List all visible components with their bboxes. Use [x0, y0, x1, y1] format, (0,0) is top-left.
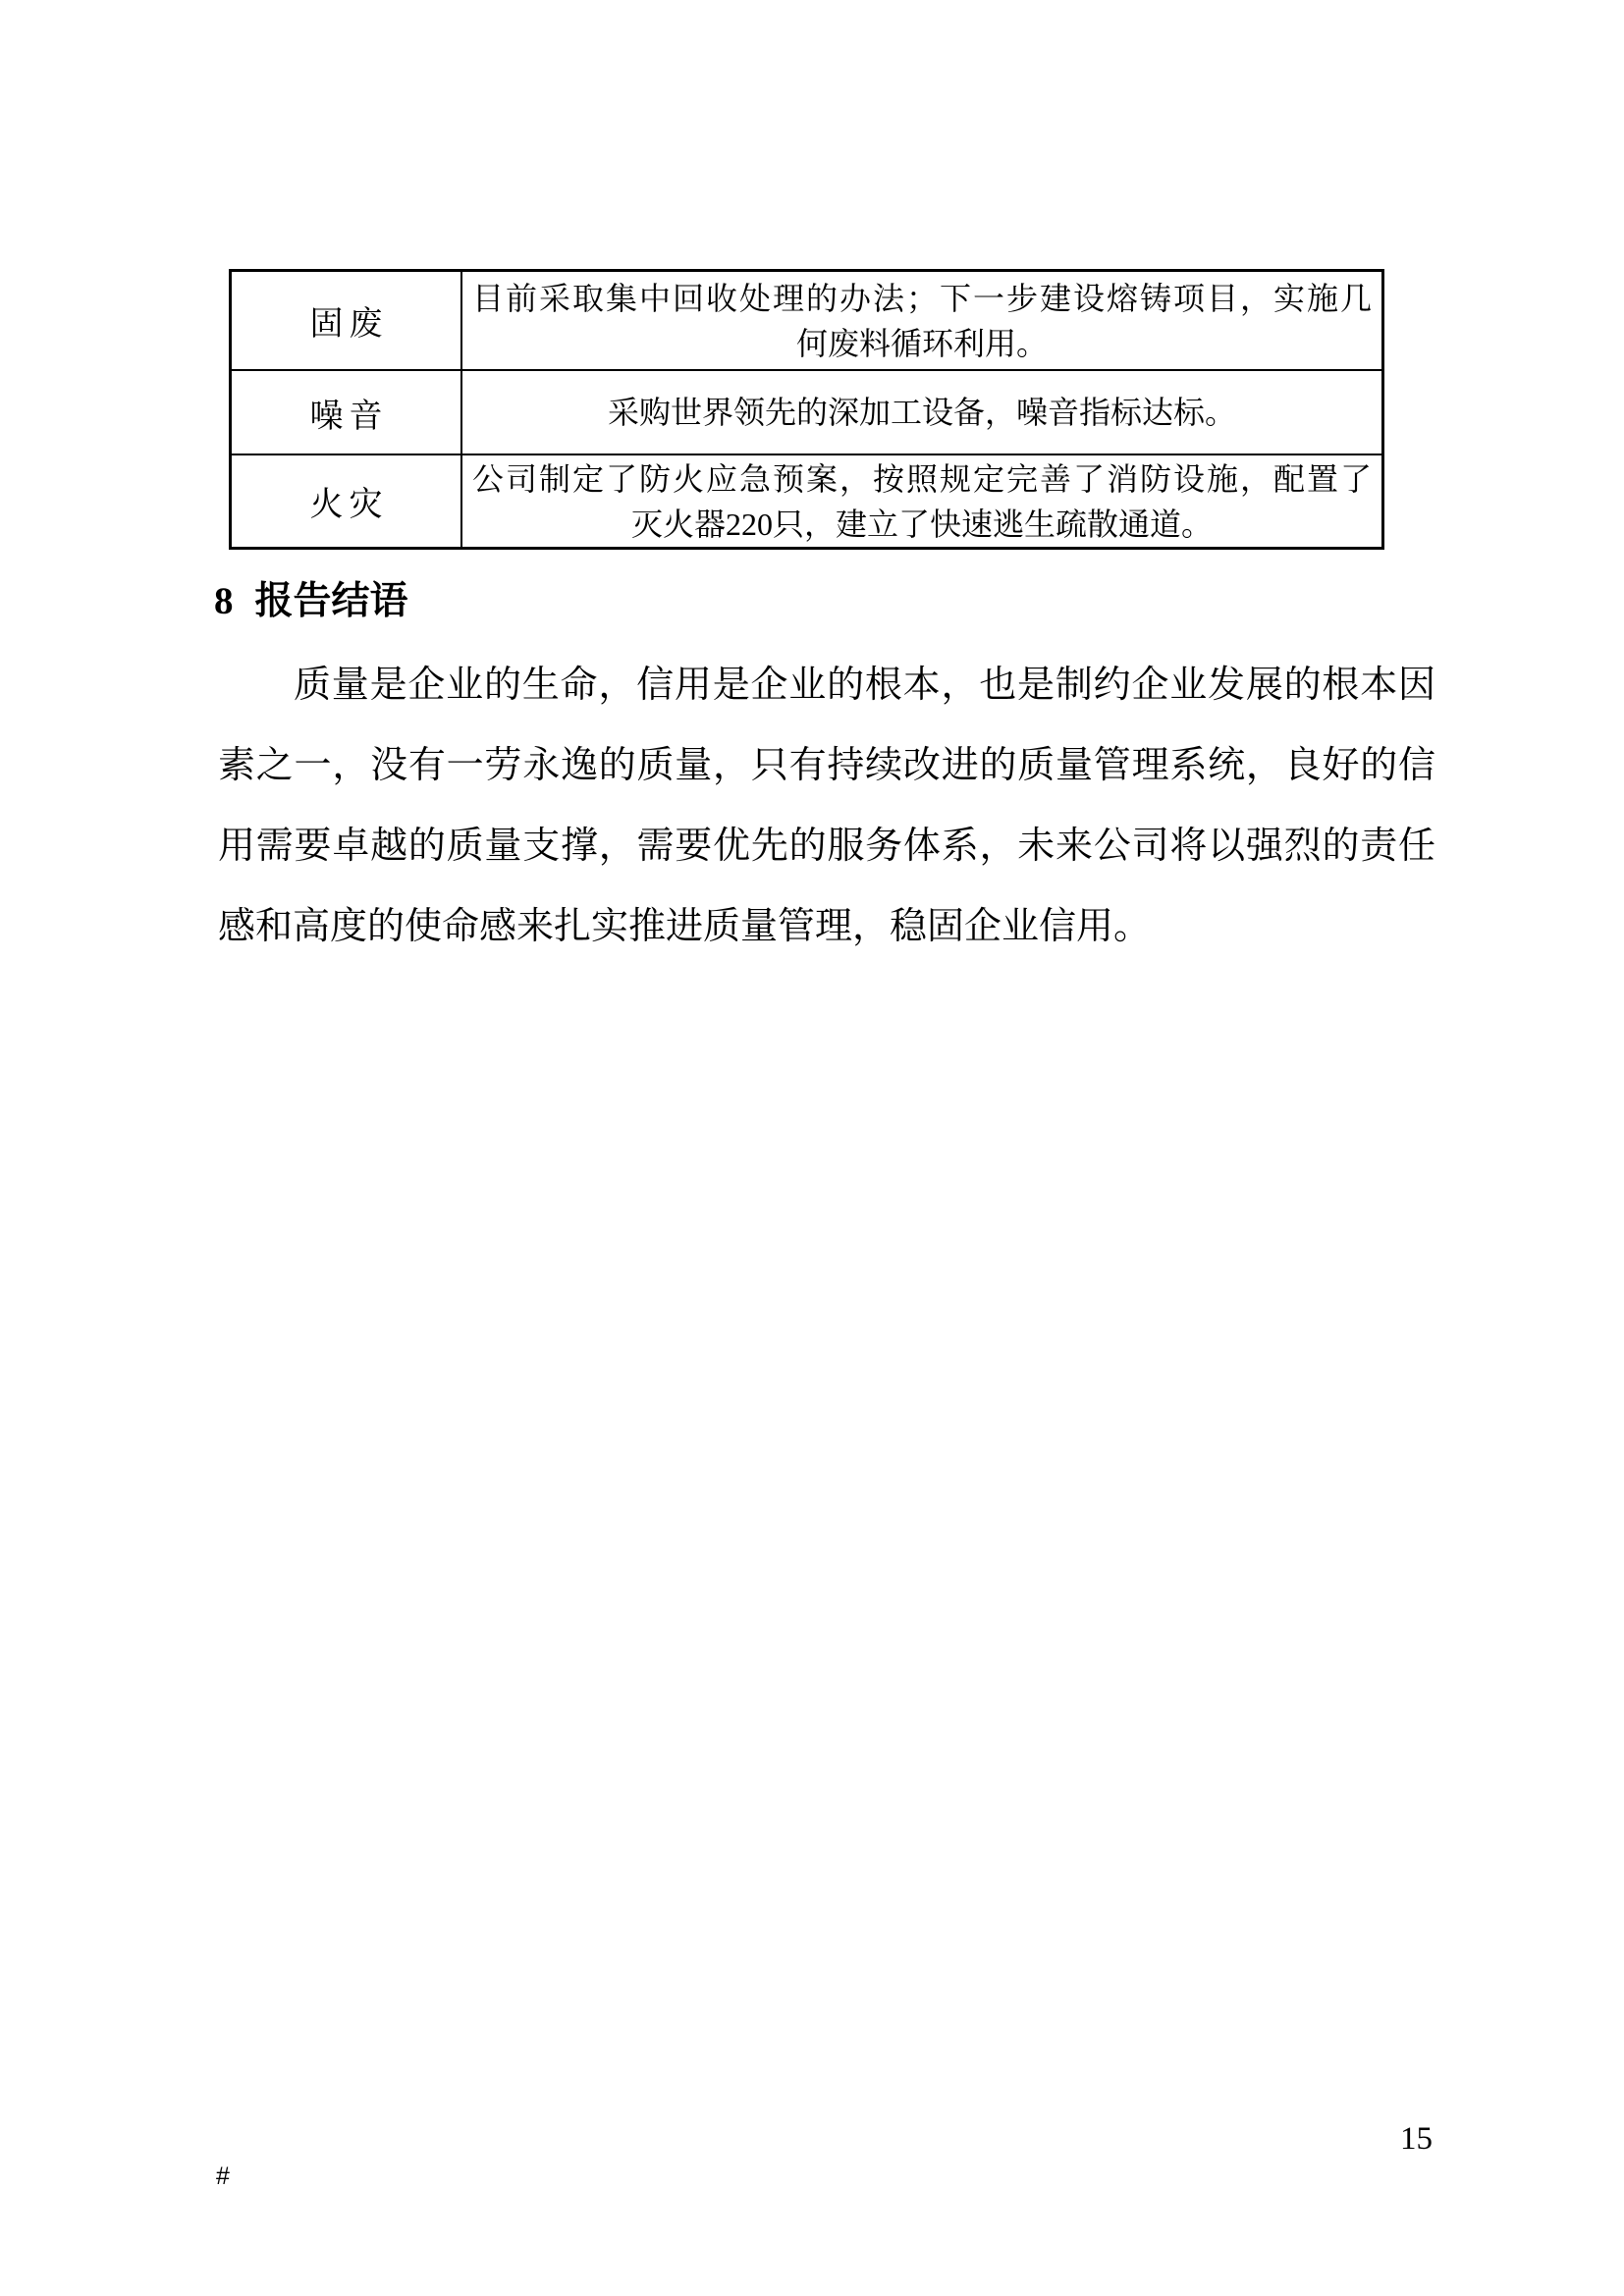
paragraph-line: 质量是企业的生命，信用是企业的根本，也是制约企业发展的根本因 [218, 645, 1435, 725]
document-page: 固废 目前采取集中回收处理的办法；下一步建设熔铸项目，实施几 何废料循环利用。 … [0, 0, 1624, 2296]
page-number: 15 [1400, 2120, 1433, 2158]
table-row-solid-waste: 固废 目前采取集中回收处理的办法；下一步建设熔铸项目，实施几 何废料循环利用。 [232, 272, 1381, 369]
table-text-line: 何废料循环利用。 [472, 321, 1372, 366]
section-number: 8 [214, 579, 234, 624]
section-title: 报告结语 [255, 579, 408, 624]
row-content-fire: 公司制定了防火应急预案，按照规定完善了消防设施，配置了 灭火器220只，建立了快… [462, 455, 1381, 547]
conclusion-paragraph: 质量是企业的生命，信用是企业的根本，也是制约企业发展的根本因 素之一，没有一劳永… [218, 645, 1435, 967]
table-row-fire: 火灾 公司制定了防火应急预案，按照规定完善了消防设施，配置了 灭火器220只，建… [232, 454, 1381, 547]
table-text-line: 采购世界领先的深加工设备，噪音指标达标。 [472, 390, 1372, 435]
paragraph-line: 用需要卓越的质量支撑，需要优先的服务体系，未来公司将以强烈的责任 [218, 806, 1435, 886]
row-label-noise: 噪音 [232, 371, 462, 454]
table-text-line: 公司制定了防火应急预案，按照规定完善了消防设施，配置了 [472, 456, 1372, 502]
row-content-solid-waste: 目前采取集中回收处理的办法；下一步建设熔铸项目，实施几 何废料循环利用。 [462, 272, 1381, 369]
paragraph-line: 素之一，没有一劳永逸的质量，只有持续改进的质量管理系统，良好的信 [218, 725, 1435, 806]
table-text-line: 灭火器220只，建立了快速逃生疏散通道。 [472, 502, 1372, 547]
row-label-fire: 火灾 [232, 455, 462, 547]
footnote-marker: # [216, 2162, 230, 2191]
row-content-noise: 采购世界领先的深加工设备，噪音指标达标。 [462, 371, 1381, 454]
row-label-solid-waste: 固废 [232, 272, 462, 369]
table-text-line: 目前采取集中回收处理的办法；下一步建设熔铸项目，实施几 [472, 276, 1372, 321]
paragraph-line: 感和高度的使命感来扎实推进质量管理，稳固企业信用。 [218, 886, 1435, 967]
environment-measures-table: 固废 目前采取集中回收处理的办法；下一步建设熔铸项目，实施几 何废料循环利用。 … [229, 269, 1384, 550]
section-heading: 8 报告结语 [214, 579, 408, 624]
table-row-noise: 噪音 采购世界领先的深加工设备，噪音指标达标。 [232, 369, 1381, 454]
